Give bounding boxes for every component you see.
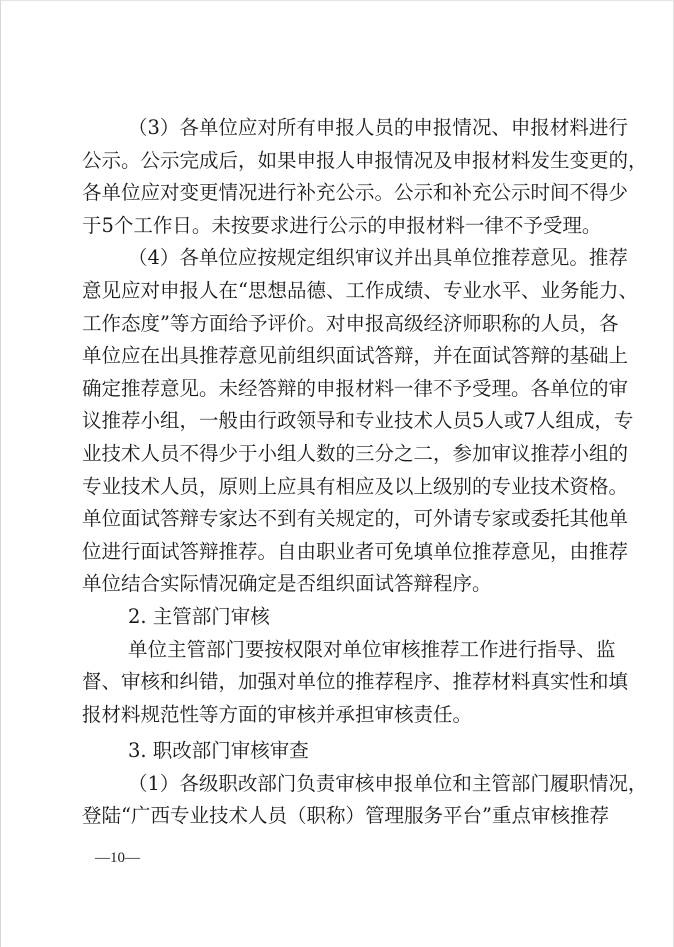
text-line: 各单位应对变更情况进行补充公示。公示和补充公示时间不得少: [82, 177, 590, 210]
text-line: 业技术人员不得少于小组人数的三分之二，参加审议推荐小组的: [82, 438, 590, 471]
text-line: 单位主管部门要按权限对单位审核推荐工作进行指导、监: [82, 634, 590, 667]
section-heading-title-reform-review: 3. 职改部门审核审查: [82, 735, 590, 768]
page-number: —10—: [95, 850, 140, 867]
text-line: 报材料规范性等方面的审核并承担审核责任。: [82, 699, 590, 732]
text-line: 意见应对申报人在“思想品德、工作成绩、专业水平、业务能力、: [82, 275, 590, 308]
text-line: 专业技术人员，原则上应具有相应及以上级别的专业技术资格。: [82, 471, 590, 504]
text-line: 公示。公示完成后，如果申报人申报情况及申报材料发生变更的，: [82, 145, 590, 178]
paragraph-4: （4）各单位应按规定组织审议并出具单位推荐意见。推荐 意见应对申报人在“思想品德…: [82, 242, 590, 601]
text-line: 单位结合实际情况确定是否组织面试答辩程序。: [82, 568, 590, 601]
text-line: 位进行面试答辩推荐。自由职业者可免填单位推荐意见，由推荐: [82, 536, 590, 569]
paragraph-supervisor-review: 单位主管部门要按权限对单位审核推荐工作进行指导、监 督、审核和纠错，加强对单位的…: [82, 634, 590, 732]
text-line: 登陆“广西专业技术人员（职称）管理服务平台”重点审核推荐: [82, 800, 590, 833]
text-line: 单位应在出具推荐意见前组织面试答辩，并在面试答辩的基础上: [82, 340, 590, 373]
text-line: 于5个工作日。未按要求进行公示的申报材料一律不予受理。: [82, 210, 590, 243]
paragraph-review-1: （1）各级职改部门负责审核申报单位和主管部门履职情况， 登陆“广西专业技术人员（…: [82, 768, 590, 833]
text-line: 督、审核和纠错，加强对单位的推荐程序、推荐材料真实性和填: [82, 666, 590, 699]
text-line: 议推荐小组，一般由行政领导和专业技术人员5人或7人组成，专: [82, 405, 590, 438]
section-heading-supervisor-review: 2. 主管部门审核: [82, 601, 590, 634]
text-line: 单位面试答辩专家达不到有关规定的，可外请专家或委托其他单: [82, 503, 590, 536]
text-line: 确定推荐意见。未经答辩的申报材料一律不予受理。各单位的审: [82, 373, 590, 406]
text-line: 工作态度”等方面给予评价。对申报高级经济师职称的人员，各: [82, 308, 590, 341]
document-body: （3）各单位应对所有申报人员的申报情况、申报材料进行 公示。公示完成后，如果申报…: [82, 112, 590, 833]
text-line: （4）各单位应按规定组织审议并出具单位推荐意见。推荐: [82, 242, 590, 275]
text-line: （3）各单位应对所有申报人员的申报情况、申报材料进行: [82, 112, 590, 145]
text-line: （1）各级职改部门负责审核申报单位和主管部门履职情况，: [82, 768, 590, 801]
paragraph-3: （3）各单位应对所有申报人员的申报情况、申报材料进行 公示。公示完成后，如果申报…: [82, 112, 590, 242]
